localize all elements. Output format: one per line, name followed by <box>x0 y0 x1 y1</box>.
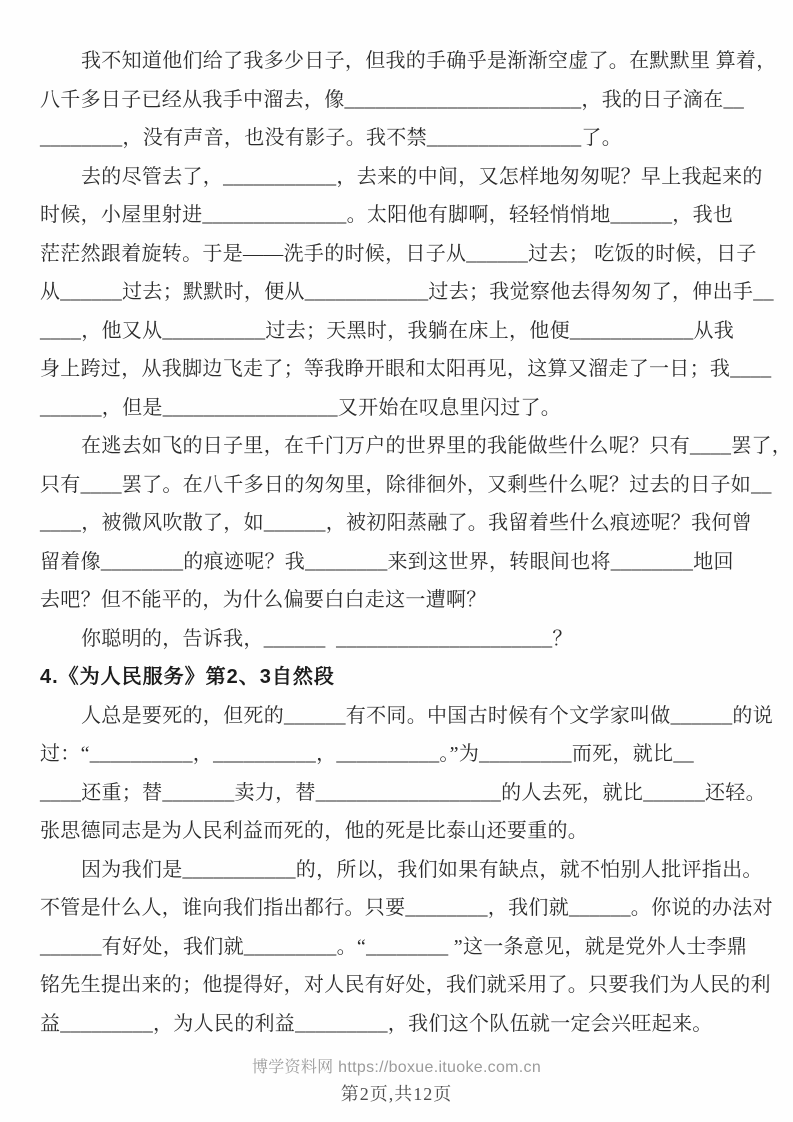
text-line: 时候，小屋里射进______________。太阳他有脚啊，轻轻悄悄地_____… <box>40 196 766 235</box>
text-line: 八千多日子已经从我手中溜去，像_______________________，我… <box>40 81 766 120</box>
text-line: 张思德同志是为人民利益而死的，他的死是比泰山还要重的。 <box>40 812 766 851</box>
text-line: 我不知道他们给了我多少日子，但我的手确乎是渐渐空虚了。在默默里 算着， <box>40 42 766 81</box>
text-line: ____，他又从__________过去；天黑时，我躺在床上，他便_______… <box>40 312 766 351</box>
text-line: 留着像________的痕迹呢？我________来到这世界，转眼间也将____… <box>40 543 766 582</box>
worksheet-page: 我不知道他们给了我多少日子，但我的手确乎是渐渐空虚了。在默默里 算着，八千多日子… <box>0 0 793 1122</box>
watermark-site-link: 博学资料网 https://boxue.ituoke.com.cn <box>0 1054 793 1077</box>
text-line: 人总是要死的，但死的______有不同。中国古时候有个文学家叫做______的说 <box>40 697 766 736</box>
text-line: ______有好处，我们就_________。“________ ”这一条意见，… <box>40 928 766 967</box>
text-line: 去的尽管去了，___________，去来的中间，又怎样地匆匆呢？早上我起来的 <box>40 158 766 197</box>
text-line: 只有____罢了。在八千多日的匆匆里，除徘徊外，又剩些什么呢？过去的日子如__ <box>40 466 766 505</box>
text-line: 因为我们是___________的，所以，我们如果有缺点，就不怕别人批评指出。 <box>40 851 766 890</box>
text-line: ________，没有声音，也没有影子。我不禁_______________了。 <box>40 119 766 158</box>
text-line: ____还重；替_______卖力，替__________________的人去… <box>40 774 766 813</box>
document-body: 我不知道他们给了我多少日子，但我的手确乎是渐渐空虚了。在默默里 算着，八千多日子… <box>40 42 766 1043</box>
text-line: 不管是什么人，谁向我们指出都行。只要________，我们就______。你说的… <box>40 889 766 928</box>
text-line: 茫茫然跟着旋转。于是——洗手的时候，日子从______过去； 吃饭的时候，日子 <box>40 235 766 274</box>
section-heading: 4.《为人民服务》第2、3自然段 <box>40 658 766 697</box>
text-line: ____，被微风吹散了，如______，被初阳蒸融了。我留着些什么痕迹呢？我何曾 <box>40 504 766 543</box>
text-line: ______，但是_________________又开始在叹息里闪过了。 <box>40 389 766 428</box>
page-footer: 博学资料网 https://boxue.ituoke.com.cn 第2页,共1… <box>0 1054 793 1106</box>
text-line: 益_________，为人民的利益_________，我们这个队伍就一定会兴旺起… <box>40 1005 766 1044</box>
text-line: 铭先生提出来的；他提得好，对人民有好处，我们就采用了。只要我们为人民的利 <box>40 966 766 1005</box>
text-line: 去吧？但不能平的，为什么偏要白白走这一遭啊？ <box>40 581 766 620</box>
text-line: 过：“__________，__________，__________。”为__… <box>40 735 766 774</box>
text-line: 从______过去；默默时，便从____________过去；我觉察他去得匆匆了… <box>40 273 766 312</box>
text-line: 身上跨过，从我脚边飞走了；等我睁开眼和太阳再见，这算又溜走了一日；我____ <box>40 350 766 389</box>
page-number: 第2页,共12页 <box>0 1080 793 1106</box>
text-line: 你聪明的，告诉我，______ _____________________？ <box>40 620 766 659</box>
text-line: 在逃去如飞的日子里，在千门万户的世界里的我能做些什么呢？只有____罢了， <box>40 427 766 466</box>
